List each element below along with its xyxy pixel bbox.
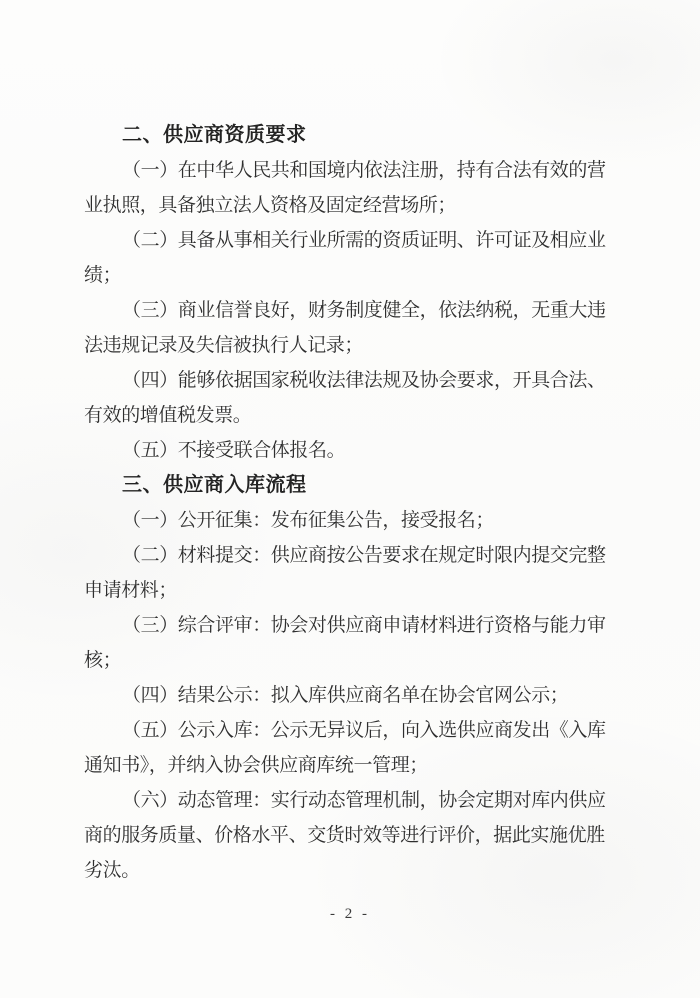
paragraph-line: （五）不接受联合体报名。 [84,433,640,468]
document-text-block: 二、供应商资质要求 （一）在中华人民共和国境内依法注册，持有合法有效的营 业执照… [84,118,640,888]
paragraph-line: 有效的增值税发票。 [84,398,640,433]
paragraph-line: （二）具备从事相关行业所需的资质证明、许可证及相应业 [84,223,640,258]
section-heading: 三、供应商入库流程 [84,468,640,503]
paragraph-line: （六）动态管理：实行动态管理机制，协会定期对库内供应 [84,783,640,818]
section-heading: 二、供应商资质要求 [84,118,640,153]
document-page: 二、供应商资质要求 （一）在中华人民共和国境内依法注册，持有合法有效的营 业执照… [0,0,700,998]
paragraph-line: （二）材料提交：供应商按公告要求在规定时限内提交完整 [84,538,640,573]
page-number: - 2 - [0,906,700,923]
paragraph-line: 通知书》，并纳入协会供应商库统一管理； [84,748,640,783]
paragraph-line: 劣汰。 [84,853,640,888]
paragraph-line: （五）公示入库：公示无异议后，向入选供应商发出《入库 [84,713,640,748]
paragraph-line: 业执照，具备独立法人资格及固定经营场所； [84,188,640,223]
paragraph-line: （三）商业信誉良好，财务制度健全，依法纳税，无重大违 [84,293,640,328]
paragraph-line: 法违规记录及失信被执行人记录； [84,328,640,363]
paragraph-line: （三）综合评审：协会对供应商申请材料进行资格与能力审 [84,608,640,643]
paragraph-line: 核； [84,643,640,678]
paragraph-line: （四）能够依据国家税收法律法规及协会要求，开具合法、 [84,363,640,398]
paragraph-line: 商的服务质量、价格水平、交货时效等进行评价，据此实施优胜 [84,818,640,853]
paragraph-line: （四）结果公示：拟入库供应商名单在协会官网公示； [84,678,640,713]
paragraph-line: （一）公开征集：发布征集公告，接受报名； [84,503,640,538]
paragraph-line: 绩； [84,258,640,293]
paragraph-line: 申请材料； [84,573,640,608]
paragraph-line: （一）在中华人民共和国境内依法注册，持有合法有效的营 [84,153,640,188]
